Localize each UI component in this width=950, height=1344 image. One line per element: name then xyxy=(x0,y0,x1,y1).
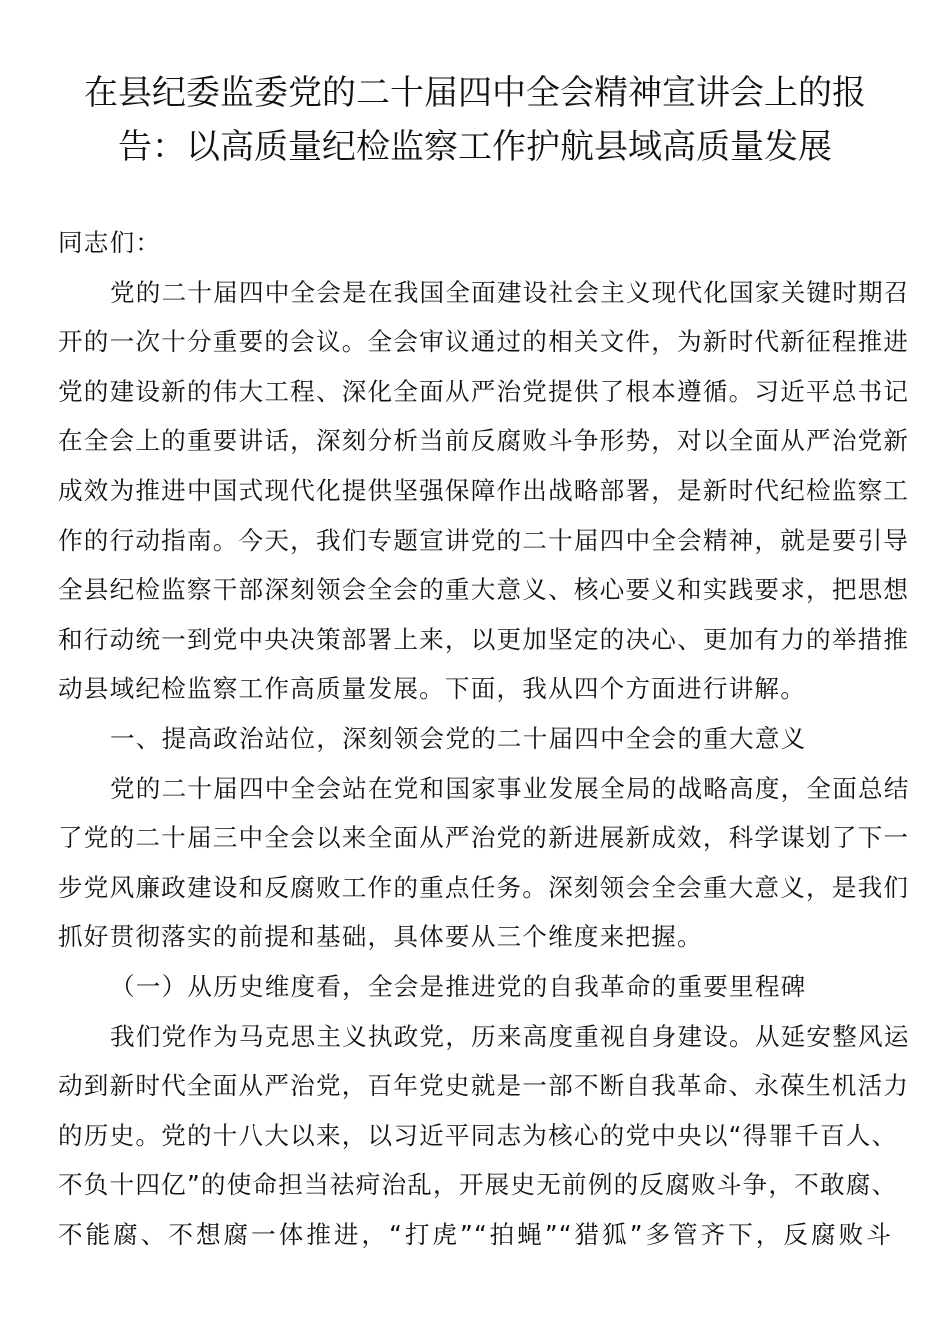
paragraph-line: 党的二十届四中全会是在我国全面建设社会主义现代化国家关键时期召 xyxy=(58,268,892,318)
paragraph-line: 全县纪检监察干部深刻领会全会的重大意义、核心要义和实践要求，把思想 xyxy=(58,565,892,615)
paragraph-line: 党的建设新的伟大工程、深化全面从严治党提供了根本遵循。习近平总书记 xyxy=(58,367,892,417)
paragraph-line: 了党的二十届三中全会以来全面从严治党的新进展新成效，科学谋划了下一 xyxy=(58,813,892,863)
paragraph-line: 动到新时代全面从严治党，百年党史就是一部不断自我革命、永葆生机活力 xyxy=(58,1061,892,1111)
paragraph-line: 和行动统一到党中央决策部署上来，以更加坚定的决心、更加有力的举措推 xyxy=(58,615,892,665)
body-lines: 党的二十届四中全会是在我国全面建设社会主义现代化国家关键时期召开的一次十分重要的… xyxy=(58,268,892,1260)
paragraph-line: 党的二十届四中全会站在党和国家事业发展全局的战略高度，全面总结 xyxy=(58,764,892,814)
document-page: 在县纪委监委党的二十届四中全会精神宣讲会上的报 告：以高质量纪检监察工作护航县域… xyxy=(0,0,950,1344)
paragraph-line: 不能腐、不想腐一体推进，“打虎”“拍蝇”“猎狐”多管齐下，反腐败斗 xyxy=(58,1210,892,1260)
section-heading: 一、提高政治站位，深刻领会党的二十届四中全会的重大意义 xyxy=(58,714,892,764)
document-title: 在县纪委监委党的二十届四中全会精神宣讲会上的报 告：以高质量纪检监察工作护航县域… xyxy=(50,66,900,174)
paragraph-line: 成效为推进中国式现代化提供坚强保障作出战略部署，是新时代纪检监察工 xyxy=(58,466,892,516)
paragraph-line: 不负十四亿”的使命担当祛疴治乱，开展史无前例的反腐败斗争，不敢腐、 xyxy=(58,1160,892,1210)
paragraph-line: 在全会上的重要讲话，深刻分析当前反腐败斗争形势，对以全面从严治党新 xyxy=(58,416,892,466)
paragraph-line: 步党风廉政建设和反腐败工作的重点任务。深刻领会全会重大意义，是我们 xyxy=(58,863,892,913)
salutation: 同志们： xyxy=(58,218,892,268)
paragraph-line: 我们党作为马克思主义执政党，历来高度重视自身建设。从延安整风运 xyxy=(58,1012,892,1062)
paragraph-line: 动县域纪检监察工作高质量发展。下面，我从四个方面进行讲解。 xyxy=(58,664,892,714)
document-body: 同志们： 党的二十届四中全会是在我国全面建设社会主义现代化国家关键时期召开的一次… xyxy=(58,218,892,1259)
title-line-1: 在县纪委监委党的二十届四中全会精神宣讲会上的报 xyxy=(50,66,900,120)
subsection-heading: （一）从历史维度看，全会是推进党的自我革命的重要里程碑 xyxy=(58,962,892,1012)
paragraph-line: 作的行动指南。今天，我们专题宣讲党的二十届四中全会精神，就是要引导 xyxy=(58,516,892,566)
paragraph-line: 开的一次十分重要的会议。全会审议通过的相关文件，为新时代新征程推进 xyxy=(58,317,892,367)
paragraph-line: 的历史。党的十八大以来，以习近平同志为核心的党中央以“得罪千百人、 xyxy=(58,1111,892,1161)
paragraph-line: 抓好贯彻落实的前提和基础，具体要从三个维度来把握。 xyxy=(58,912,892,962)
title-line-2: 告：以高质量纪检监察工作护航县域高质量发展 xyxy=(50,120,900,174)
